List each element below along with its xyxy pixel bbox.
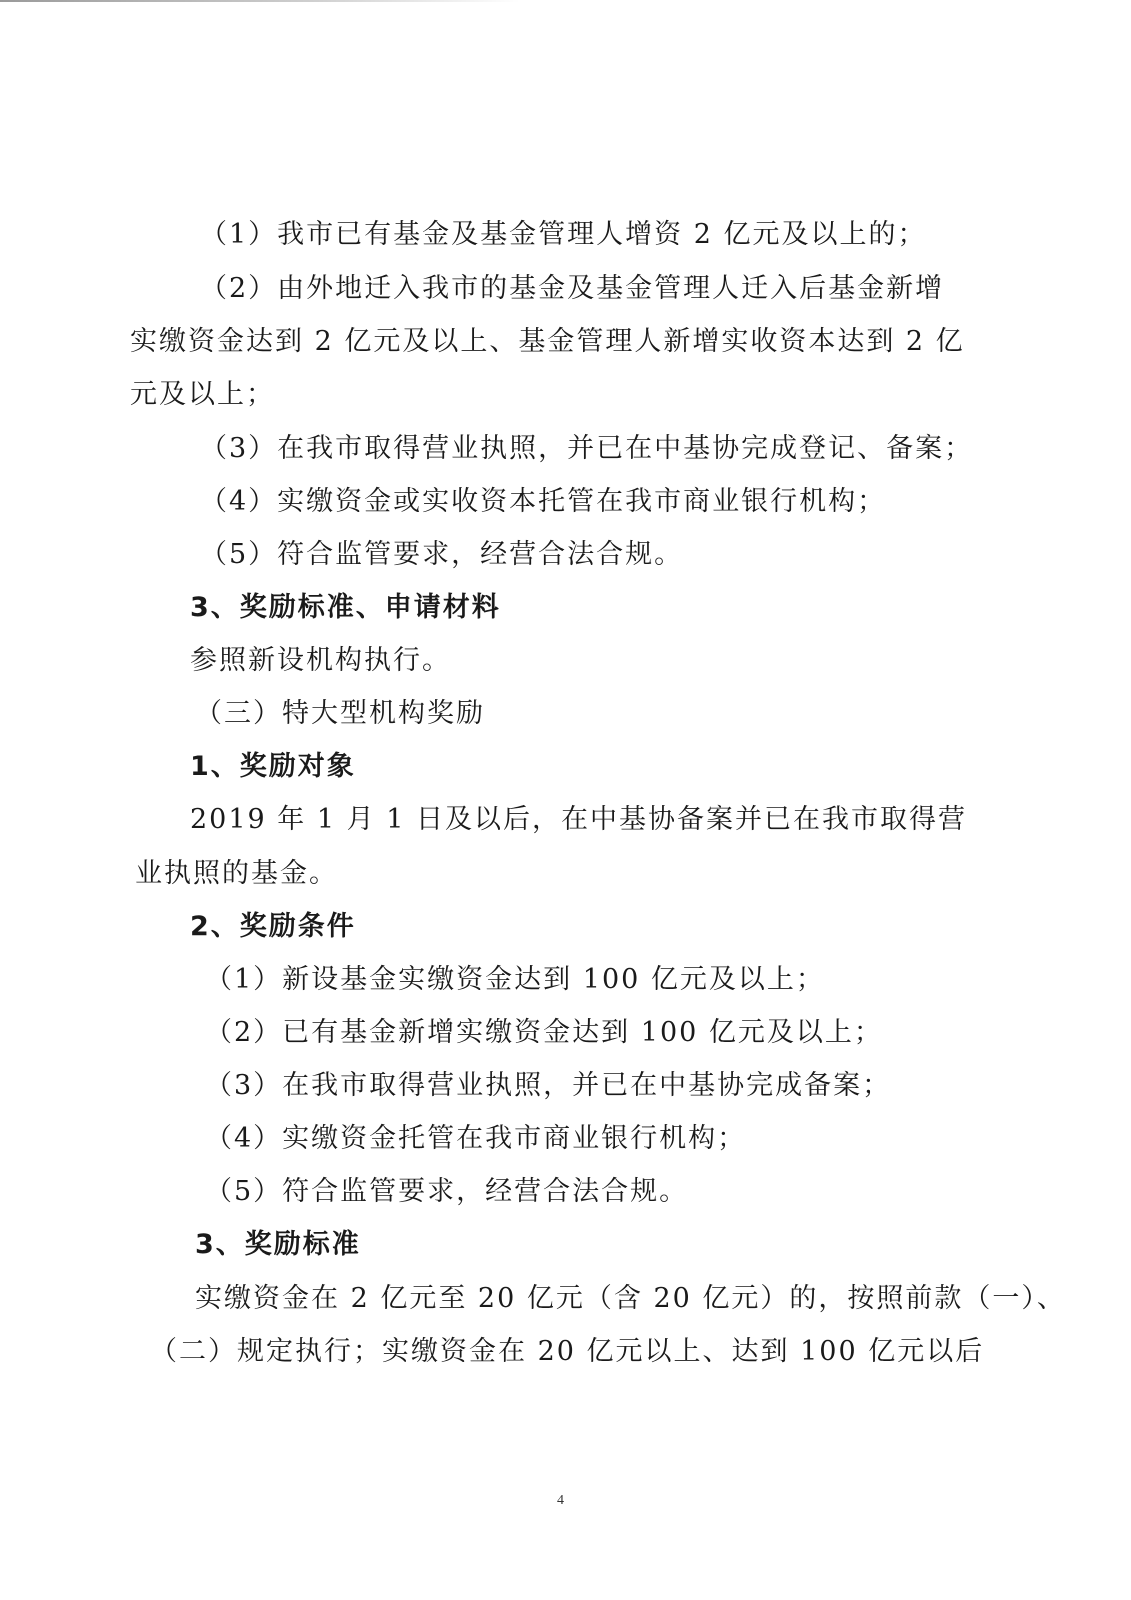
heading-reward-standard: 3、奖励标准 xyxy=(195,1228,361,1262)
item-3-license-registration: （3）在我市取得营业执照，并已在中基协完成登记、备案； xyxy=(200,432,973,466)
heading-reward-conditions: 2、奖励条件 xyxy=(190,910,356,944)
scan-edge-artifact xyxy=(0,0,520,2)
page-number: 4 xyxy=(557,1492,564,1510)
item-1-existing-increase: （1）我市已有基金及基金管理人增资 2 亿元及以上的； xyxy=(200,218,927,252)
item-2-relocated-line-3: 元及以上； xyxy=(130,378,275,412)
condition-2-existing-fund: （2）已有基金新增实缴资金达到 100 亿元及以上； xyxy=(205,1016,883,1050)
paragraph-reward-target-line-1: 2019 年 1 月 1 日及以后，在中基协备案并已在我市取得营 xyxy=(190,803,967,837)
condition-5-compliance: （5）符合监管要求，经营合法合规。 xyxy=(205,1175,688,1209)
paragraph-reward-target-line-2: 业执照的基金。 xyxy=(135,857,338,891)
item-4-custody: （4）实缴资金或实收资本托管在我市商业银行机构； xyxy=(200,485,886,519)
condition-1-new-fund: （1）新设基金实缴资金达到 100 亿元及以上； xyxy=(205,963,825,997)
item-5-compliance: （5）符合监管要求，经营合法合规。 xyxy=(200,538,683,572)
heading-reward-standard-materials: 3、奖励标准、申请材料 xyxy=(190,591,501,625)
paragraph-refer-new-institutions: 参照新设机构执行。 xyxy=(190,644,451,678)
item-2-relocated-line-2: 实缴资金达到 2 亿元及以上、基金管理人新增实收资本达到 2 亿 xyxy=(130,325,965,359)
section-mega-institution-reward: （三）特大型机构奖励 xyxy=(195,697,485,731)
paragraph-reward-standard-line-2: （二）规定执行；实缴资金在 20 亿元以上、达到 100 亿元以后 xyxy=(150,1335,984,1369)
item-2-relocated-line-1: （2）由外地迁入我市的基金及基金管理人迁入后基金新增 xyxy=(200,272,944,306)
condition-3-license-registration: （3）在我市取得营业执照，并已在中基协完成备案； xyxy=(205,1069,891,1103)
heading-reward-target: 1、奖励对象 xyxy=(190,750,356,784)
condition-4-custody: （4）实缴资金托管在我市商业银行机构； xyxy=(205,1122,746,1156)
paragraph-reward-standard-line-1: 实缴资金在 2 亿元至 20 亿元（含 20 亿元）的，按照前款（一）、 xyxy=(195,1282,1066,1316)
